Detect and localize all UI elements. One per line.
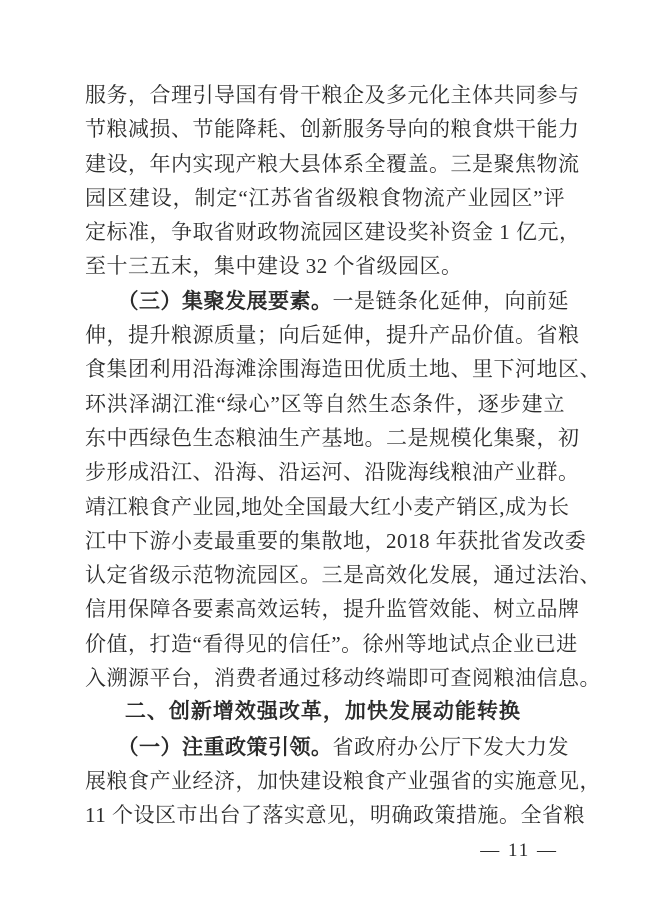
paragraph-text: 省政府办公厅下发大力发 bbox=[333, 735, 570, 759]
text-line: 园区建设，制定“江苏省省级粮食物流产业园区”评 bbox=[85, 181, 565, 215]
page-number: — 11 — bbox=[480, 840, 558, 862]
text-line: 伸，提升粮源质量；向后延伸，提升产品价值。省粮 bbox=[85, 318, 565, 352]
text-line: 步形成沿江、沿海、沿运河、沿陇海线粮油产业群。 bbox=[85, 455, 565, 489]
text-line: 江中下游小麦最重要的集散地，2018 年获批省发改委 bbox=[85, 524, 565, 558]
text-line: 建设，年内实现产粮大县体系全覆盖。三是聚焦物流 bbox=[85, 147, 565, 181]
text-line: 11 个设区市出台了落实意见，明确政策措施。全省粮 bbox=[85, 798, 565, 832]
text-line: 节粮减损、节能降耗、创新服务导向的粮食烘干能力 bbox=[85, 112, 565, 146]
text-line: 食集团利用沿海滩涂围海造田优质土地、里下河地区、 bbox=[85, 352, 565, 386]
text-line: 价值，打造“看得见的信任”。徐州等地试点企业已进 bbox=[85, 627, 565, 661]
text-line: 展粮食产业经济，加快建设粮食产业强省的实施意见， bbox=[85, 764, 565, 798]
text-line: （三）集聚发展要素。一是链条化延伸，向前延 bbox=[85, 284, 565, 318]
text-line: 东中西绿色生态粮油生产基地。二是规模化集聚，初 bbox=[85, 421, 565, 455]
text-line: 认定省级示范物流园区。三是高效化发展，通过法治、 bbox=[85, 558, 565, 592]
text-line: 入溯源平台，消费者通过移动终端即可查阅粮油信息。 bbox=[85, 661, 565, 695]
text-line: 至十三五末，集中建设 32 个省级园区。 bbox=[85, 249, 565, 283]
text-line: 服务，合理引导国有骨干粮企及多元化主体共同参与 bbox=[85, 78, 565, 112]
text-line: 靖江粮食产业园,地处全国最大红小麦产销区,成为长 bbox=[85, 490, 565, 524]
text-line: 环洪泽湖江淮“绿心”区等自然生态条件，逐步建立 bbox=[85, 387, 565, 421]
document-page: 服务，合理引导国有骨干粮企及多元化主体共同参与 节粮减损、节能降耗、创新服务导向… bbox=[0, 0, 650, 919]
text-line: （一）注重政策引领。省政府办公厅下发大力发 bbox=[85, 730, 565, 764]
paragraph-lead: （一）注重政策引领。 bbox=[118, 735, 333, 759]
text-line: 定标准，争取省财政物流园区建设奖补资金 1 亿元， bbox=[85, 215, 565, 249]
text-line: 信用保障各要素高效运转，提升监管效能、树立品牌 bbox=[85, 592, 565, 626]
document-body: 服务，合理引导国有骨干粮企及多元化主体共同参与 节粮减损、节能降耗、创新服务导向… bbox=[85, 78, 565, 833]
paragraph-lead: （三）集聚发展要素。 bbox=[118, 289, 333, 313]
section-heading: 二、创新增效强改革，加快发展动能转换 bbox=[85, 695, 565, 729]
paragraph-text: 一是链条化延伸，向前延 bbox=[333, 289, 570, 313]
